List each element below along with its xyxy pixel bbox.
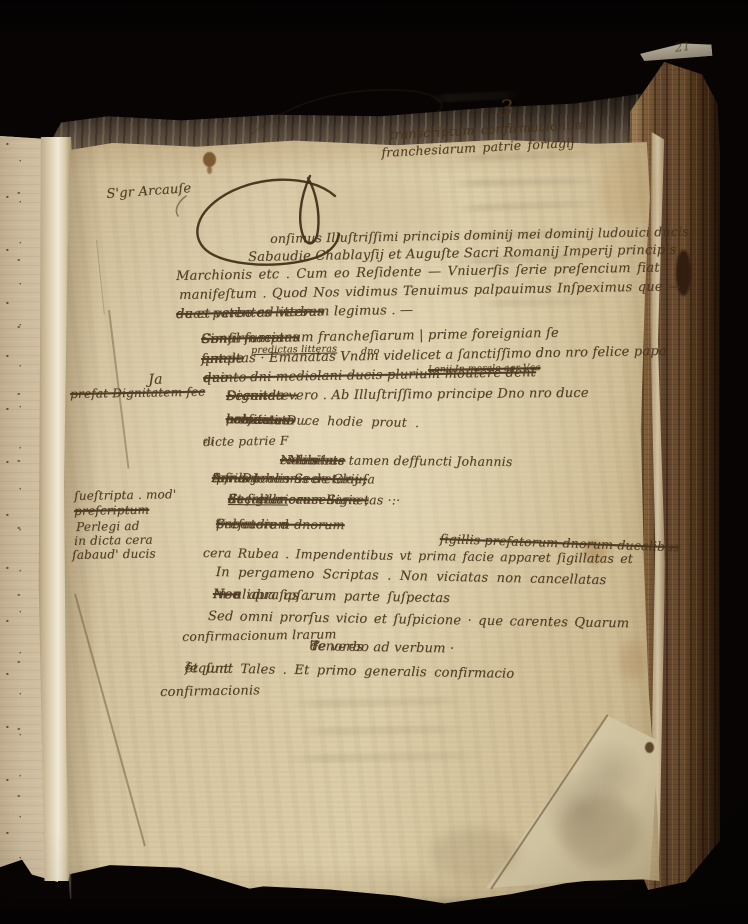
text-segment: Sabaudie d bbox=[216, 517, 289, 531]
text-segment: dicte patrie F bbox=[203, 435, 288, 450]
text-segment: 3 bbox=[499, 98, 513, 122]
text-segment: prefat Dignitatem fec bbox=[70, 386, 205, 402]
text-segment: 21 bbox=[674, 40, 691, 55]
text-segment: S'gr Arcauſe bbox=[106, 182, 192, 202]
text-segment: In pergameno Scriptas . Non viciatas non… bbox=[216, 566, 607, 588]
text-segment: et ſunt Tales . Et primo generalis confi… bbox=[185, 662, 515, 682]
text-segment: manifeſtum . Quod Nos vidimus Tenuimus p… bbox=[179, 280, 681, 303]
manuscript-photo: 321transcriptum confirmacionumfranchesia… bbox=[0, 0, 748, 924]
text-segment: duas patentes litteras bbox=[176, 305, 324, 322]
text-segment: comitatem bbox=[226, 412, 295, 427]
text-segment: ex bbox=[216, 517, 226, 526]
text-segment: confirmacionis bbox=[160, 684, 260, 700]
text-segment: preſcriptum bbox=[74, 504, 149, 518]
text-segment: de verbo ad verbum · bbox=[310, 640, 455, 657]
text-segment: · Manibus tamen deffuncti Johannis bbox=[280, 453, 513, 469]
text-segment: cij bbox=[203, 436, 213, 445]
text-segment: Et ſigilla cancellarie , bbox=[228, 492, 369, 507]
text-segment: In aliqua ipſarum parte ſuſpectas bbox=[213, 588, 450, 606]
text-segment: Anna bbox=[212, 471, 246, 485]
text-segment: Secunda vero . Ab Illuſtriſſimo principe… bbox=[226, 387, 589, 404]
ink-text-layer: 321transcriptum confirmacionumfranchesia… bbox=[0, 0, 748, 924]
text-segment: ſueſtripta . mod' bbox=[74, 488, 176, 503]
text-segment: dno — dni mediolani ducis plurium mouter… bbox=[203, 366, 536, 386]
text-segment: qntale bbox=[201, 352, 244, 367]
text-segment: ſabaud' ducis bbox=[72, 548, 156, 563]
